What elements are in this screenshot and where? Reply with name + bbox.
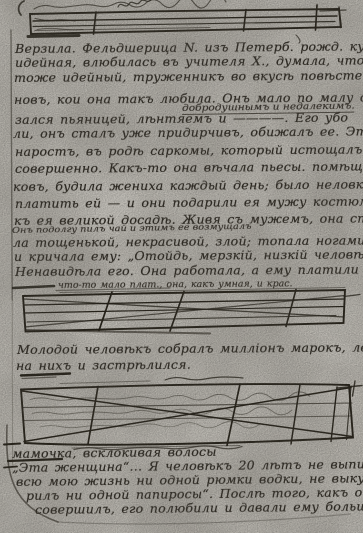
handwriting-layer: Верзила. Фельдшерица N. изъ Петерб. рожд… xyxy=(0,0,363,533)
manuscript-page: Верзила. Фельдшерица N. изъ Петерб. рожд… xyxy=(0,0,363,533)
handwritten-line: тоже идейный, труженникъ во вкусѣ повѣст… xyxy=(14,68,363,85)
struck-addendum-line: что-то мало плат., она, какъ умная, и кр… xyxy=(58,279,293,291)
handwritten-line: наростъ, въ родѣ саркомы, который истоща… xyxy=(15,142,363,159)
handwritten-line: ковъ, будила жениха каждый день; было не… xyxy=(13,177,363,194)
handwritten-line: совершенно. Какъ-то она вѣчала пьесы. по… xyxy=(15,160,363,176)
handwritten-line: на нихъ и застрѣлился. xyxy=(16,358,191,373)
handwritten-line: платить ей — и они подарили ея мужу кост… xyxy=(15,194,363,211)
handwritten-line: ли, онъ сталъ уже придирчивъ, обижалъ ее… xyxy=(13,124,363,141)
handwritten-line: совершилъ, его полюбили и давали ему бол… xyxy=(35,499,363,517)
handwritten-line: Ненавидѣла его. Она работала, а ему плат… xyxy=(15,263,359,279)
handwritten-line: Молодой человѣкъ собралъ милліонъ марокъ… xyxy=(17,340,363,357)
handwritten-line: и кричала ему: „Отойдь, мерзкій, низкій … xyxy=(14,247,363,264)
handwritten-line: идейная, влюбилась въ учителя X., думала… xyxy=(15,53,363,70)
